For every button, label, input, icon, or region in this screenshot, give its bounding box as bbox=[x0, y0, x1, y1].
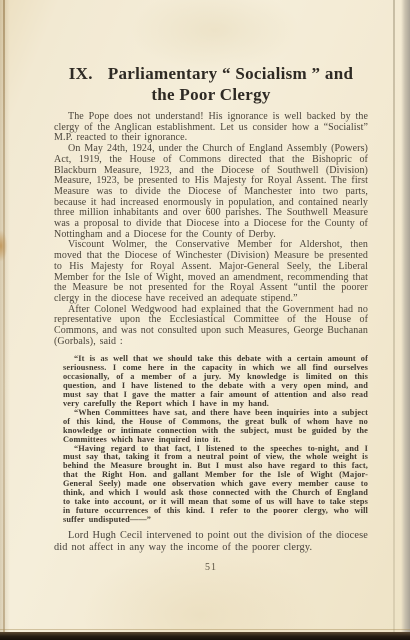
quote-paragraph-1: “It is as well that we should take this … bbox=[63, 355, 368, 408]
body-paragraph-4: After Colonel Wedgwood had explained tha… bbox=[54, 305, 368, 348]
page-left-edge-line bbox=[3, 0, 5, 640]
chapter-heading: IX.Parliamentary “ Socialism ” and the P… bbox=[54, 63, 368, 105]
quoted-speech-block: “It is as well that we should take this … bbox=[54, 355, 368, 524]
scanned-book-page: IX.Parliamentary “ Socialism ” and the P… bbox=[0, 0, 410, 640]
page-number: 51 bbox=[54, 562, 368, 573]
chapter-heading-line2: the Poor Clergy bbox=[54, 84, 368, 105]
chapter-number: IX. bbox=[69, 64, 93, 83]
page-text-column: IX.Parliamentary “ Socialism ” and the P… bbox=[54, 63, 368, 573]
chapter-title-line1-text: Parliamentary “ Socialism ” and bbox=[108, 64, 353, 83]
page-bottom-edge-line bbox=[0, 629, 410, 630]
page-right-edge-shadow bbox=[401, 0, 410, 640]
quote-paragraph-3: “Having regard to that fact, I listened … bbox=[63, 445, 368, 525]
body-paragraph-1: The Pope does not understand! His ignora… bbox=[54, 112, 368, 144]
body-paragraph-3: Viscount Wolmer, the Conservative Member… bbox=[54, 240, 368, 304]
body-paragraph-2: On May 24th, 1924, under the Church of E… bbox=[54, 144, 368, 240]
closing-paragraph: Lord Hugh Cecil intervened to point out … bbox=[54, 530, 368, 555]
scan-bottom-dark-band bbox=[0, 632, 410, 640]
quote-paragraph-2: “When Committees have sat, and there hav… bbox=[63, 409, 368, 445]
page-right-edge-line bbox=[393, 0, 395, 640]
margin-stain bbox=[0, 222, 12, 270]
page-left-edge-shadow bbox=[0, 0, 10, 640]
chapter-heading-line1: IX.Parliamentary “ Socialism ” and bbox=[54, 63, 368, 84]
